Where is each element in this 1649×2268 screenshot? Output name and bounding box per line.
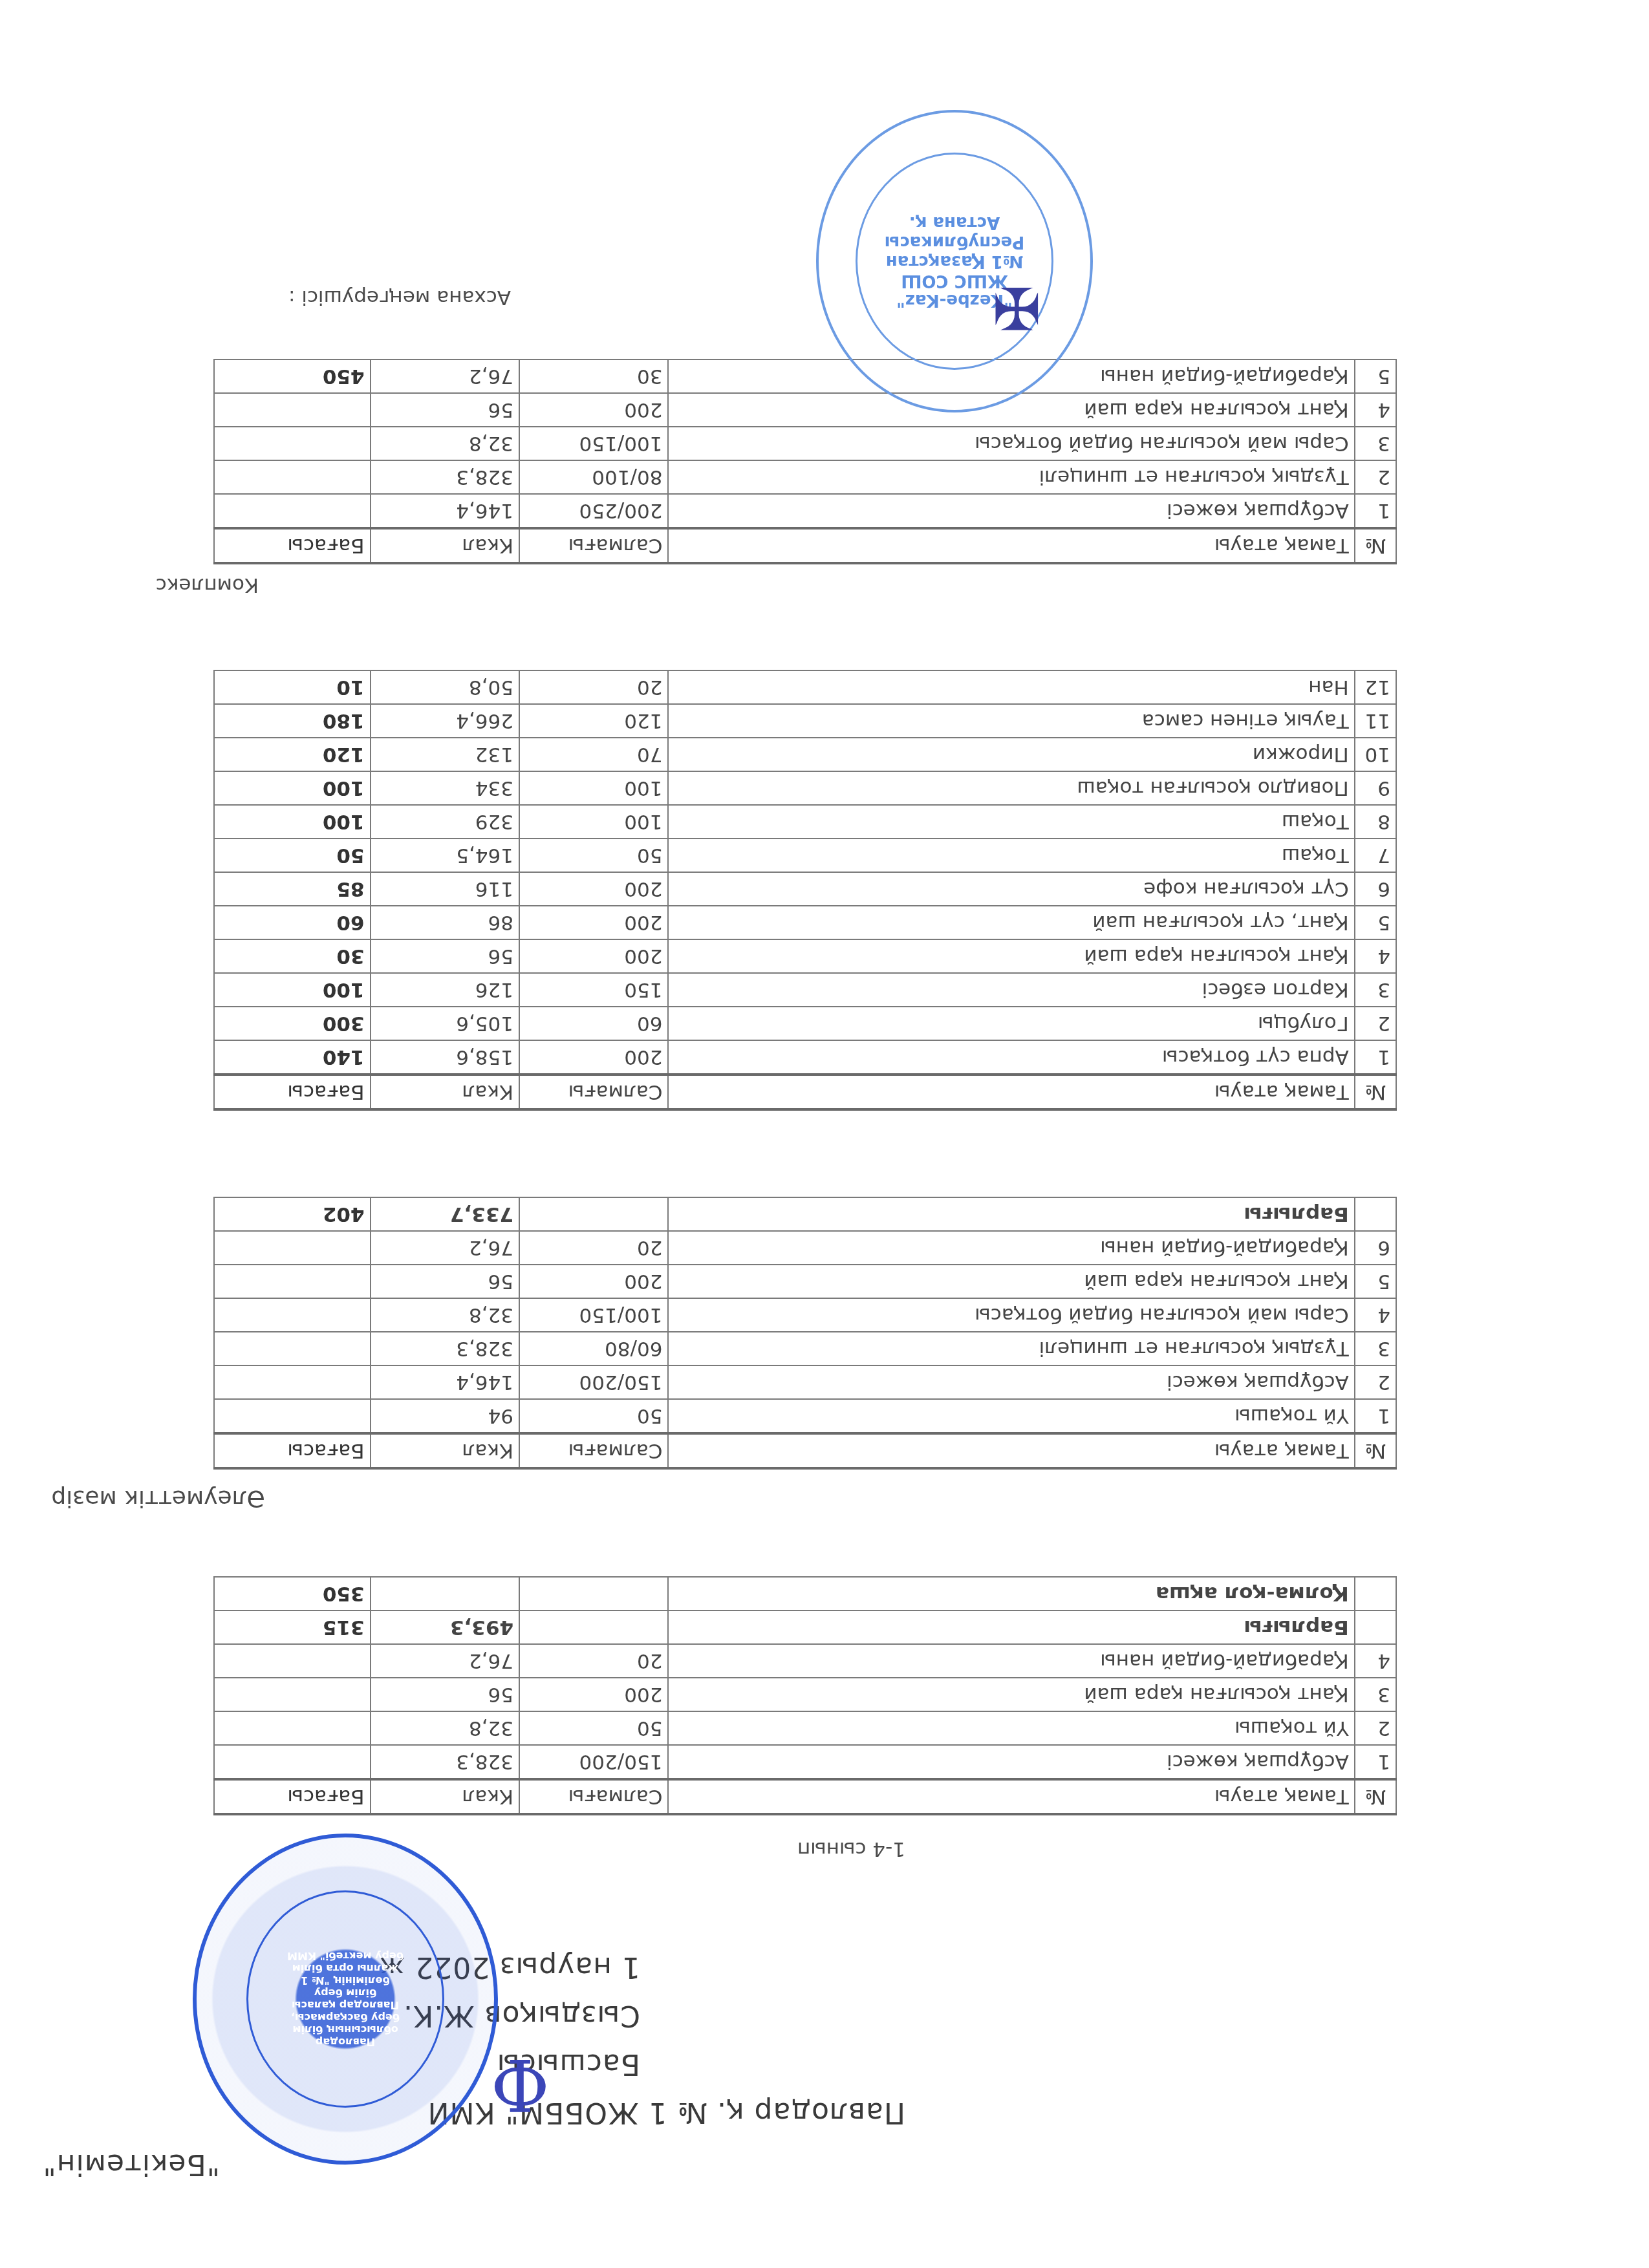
table-row: 3Картоп езбесі150126100 (214, 973, 1396, 1007)
cell-name: Сары май қосылған бидай ботқасы (668, 427, 1354, 460)
cell-kcal: 56 (371, 939, 519, 973)
school-stamp-text: Павлодар облысының білім беру басқармасы… (287, 1950, 404, 2048)
manager-signature: ✠ (993, 273, 1041, 341)
table-row: 2Голубцы60105,6300 (214, 1007, 1396, 1040)
cell-weight: 20 (519, 670, 668, 704)
table-row: 2Үй тоқашы5032,8 (214, 1711, 1396, 1745)
menu-table-complex: № Тамақ атауы Салмағы Ккал Бағасы 1Асбұр… (213, 359, 1397, 564)
table-row: 1Асбұршақ көжесі150/200328,3 (214, 1745, 1396, 1779)
cell-kcal: 164,5 (371, 839, 519, 872)
total-price: 402 (214, 1197, 371, 1231)
cell-no: 7 (1355, 839, 1396, 872)
cell-kcal: 76,2 (371, 1644, 519, 1678)
cell-price (214, 1332, 371, 1365)
cell-weight: 200 (519, 872, 668, 906)
table-row: 3Қант қосылған қара шай20056 (214, 1678, 1396, 1711)
cell-name: Голубцы (668, 1007, 1354, 1040)
col-weight: Салмағы (519, 1075, 668, 1109)
cell-kcal: 132 (371, 738, 519, 771)
section-title-social-menu: Әлеуметтік мәзір (51, 1485, 265, 1512)
cell-price (214, 494, 371, 528)
col-weight: Салмағы (519, 1433, 668, 1468)
table-row: 1Асбұршақ көжесі200/250146,4 (214, 494, 1396, 528)
cell-no: 1 (1355, 494, 1396, 528)
cell-kcal: 56 (371, 1265, 519, 1298)
cell-name: Қант қосылған қара шай (668, 1678, 1354, 1711)
table-row: 4Сары май қосылған бидай ботқасы100/1503… (214, 1298, 1396, 1332)
col-kcal: Ккал (371, 1779, 519, 1814)
cell-weight: 50 (519, 839, 668, 872)
cell-name: Арпа сүт ботқасы (668, 1040, 1354, 1075)
cell-kcal: 116 (371, 872, 519, 906)
cell-weight: 50 (519, 1399, 668, 1433)
cell-no: 2 (1355, 1365, 1396, 1399)
cell-weight: 200 (519, 1040, 668, 1075)
cell-name: Үй тоқашы (668, 1399, 1354, 1433)
cell-no: 1 (1355, 1745, 1396, 1779)
cell-no: 12 (1355, 670, 1396, 704)
cell-no: 3 (1355, 973, 1396, 1007)
col-price: Бағасы (214, 1779, 371, 1814)
director-signature: Ф (491, 2043, 550, 2126)
cell-weight: 150/200 (519, 1745, 668, 1779)
section-title-grades-1-4: 1-4 сынып (797, 1837, 905, 1861)
school-stamp: Павлодар облысының білім беру басқармасы… (193, 1834, 498, 2165)
cell-price: 450 (214, 359, 371, 393)
table-row: 6Сүт қосылған кофе20011685 (214, 872, 1396, 906)
cell-name: Асбұршақ көжесі (668, 1745, 1354, 1779)
cell-weight: 80/100 (519, 460, 668, 494)
cell-weight: 20 (519, 1644, 668, 1678)
total-row: Барлығы 733,7 402 (214, 1197, 1396, 1231)
cell-name: Сүт қосылған кофе (668, 872, 1354, 906)
cell-kcal: 56 (371, 393, 519, 427)
cell-price (214, 1298, 371, 1332)
cell-price: 120 (214, 738, 371, 771)
cell-price: 100 (214, 771, 371, 805)
cell-kcal: 76,2 (371, 1231, 519, 1265)
table-row: 2Тұздық қосылған ет шницелі80/100328,3 (214, 460, 1396, 494)
table-row: 1Үй тоқашы5094 (214, 1399, 1396, 1433)
cell-price (214, 1365, 371, 1399)
menu-table-buffet: № Тамақ атауы Салмағы Ккал Бағасы 1Арпа … (213, 670, 1397, 1111)
cell-no: 1 (1355, 1040, 1396, 1075)
cell-price (214, 1711, 371, 1745)
table-row: 4Қант қосылған қара шай2005630 (214, 939, 1396, 973)
cell-name: Повидло қосылған тоқаш (668, 771, 1354, 805)
cell-weight: 60 (519, 1007, 668, 1040)
table-row: 3Тұздық қосылған ет шницелі60/80328,3 (214, 1332, 1396, 1365)
cell-name: Сары май қосылған бидай ботқасы (668, 1298, 1354, 1332)
cell-no: 3 (1355, 1678, 1396, 1711)
cell-weight: 100/150 (519, 427, 668, 460)
total-label: Барлығы (668, 1197, 1354, 1231)
cell-price: 10 (214, 670, 371, 704)
cell-price (214, 460, 371, 494)
cell-weight: 100 (519, 805, 668, 839)
total-label: Барлығы (668, 1610, 1354, 1644)
cell-no: 8 (1355, 805, 1396, 839)
cell-price: 50 (214, 839, 371, 872)
cell-price (214, 1399, 371, 1433)
cell-price: 100 (214, 805, 371, 839)
col-kcal: Ккал (371, 1075, 519, 1109)
section-title-complex: Комплекс (156, 573, 259, 597)
approve-label: "Бекітемін" (43, 2148, 220, 2181)
cell-kcal: 328,3 (371, 1332, 519, 1365)
cell-weight: 50 (519, 1711, 668, 1745)
cell-price (214, 1644, 371, 1678)
cell-weight: 200/250 (519, 494, 668, 528)
cell-name: Үй тоқашы (668, 1711, 1354, 1745)
cell-no: 4 (1355, 939, 1396, 973)
cell-kcal: 86 (371, 906, 519, 939)
cell-no: 2 (1355, 460, 1396, 494)
cell-price: 300 (214, 1007, 371, 1040)
col-no: № (1355, 1075, 1396, 1109)
col-weight: Салмағы (519, 528, 668, 563)
cell-kcal: 32,8 (371, 427, 519, 460)
cell-weight: 100 (519, 771, 668, 805)
table-row: 4Қарабидай-бидай наны2076,2 (214, 1644, 1396, 1678)
total-kcal: 733,7 (371, 1197, 519, 1231)
cell-weight: 30 (519, 359, 668, 393)
table-header-row: № Тамақ атауы Салмағы Ккал Бағасы (214, 1075, 1396, 1109)
cell-no: 4 (1355, 393, 1396, 427)
cell-kcal: 158,6 (371, 1040, 519, 1075)
table-header-row: № Тамақ атауы Салмағы Ккал Бағасы (214, 528, 1396, 563)
cell-no: 9 (1355, 771, 1396, 805)
cell-no: 5 (1355, 359, 1396, 393)
cell-name: Қант қосылған қара шай (668, 939, 1354, 973)
cell-no: 3 (1355, 427, 1396, 460)
col-price: Бағасы (214, 528, 371, 563)
cell-no: 4 (1355, 1298, 1396, 1332)
table-row: 10Пирожки70132120 (214, 738, 1396, 771)
cell-weight: 200 (519, 393, 668, 427)
table-header-row: № Тамақ атауы Салмағы Ккал Бағасы (214, 1779, 1396, 1814)
cell-price: 140 (214, 1040, 371, 1075)
cell-weight: 60/80 (519, 1332, 668, 1365)
cell-kcal: 56 (371, 1678, 519, 1711)
table-row: 4Қант қосылған қара шай20056 (214, 393, 1396, 427)
cell-weight: 200 (519, 939, 668, 973)
cell-no: 6 (1355, 1231, 1396, 1265)
cell-price (214, 427, 371, 460)
cell-name: Тұздық қосылған ет шницелі (668, 1332, 1354, 1365)
cell-price: 180 (214, 704, 371, 738)
cell-no: 11 (1355, 704, 1396, 738)
menu-table-social: № Тамақ атауы Салмағы Ккал Бағасы 1Үй то… (213, 1197, 1397, 1470)
cell-weight: 70 (519, 738, 668, 771)
cell-name: Тоқаш (668, 805, 1354, 839)
cell-kcal: 32,8 (371, 1711, 519, 1745)
cell-kcal: 146,4 (371, 494, 519, 528)
cell-price (214, 1231, 371, 1265)
company-stamp: "Kezbe-Kaz" ЖШС СОШ №1 Қазақстан Республ… (816, 110, 1093, 412)
cell-kcal: 266,4 (371, 704, 519, 738)
cell-no: 6 (1355, 872, 1396, 906)
cell-kcal: 94 (371, 1399, 519, 1433)
col-name: Тамақ атауы (668, 1075, 1354, 1109)
menu-table-grades-1-4: № Тамақ атауы Салмағы Ккал Бағасы 1Асбұр… (213, 1576, 1397, 1815)
cell-name: Асбұршақ көжесі (668, 494, 1354, 528)
col-kcal: Ккал (371, 528, 519, 563)
cell-name: Қарабидай-бидай наны (668, 1231, 1354, 1265)
table-row: 5Қарабидай-бидай наны3076,2450 (214, 359, 1396, 393)
table-row: 6Қарабидай-бидай наны2076,2 (214, 1231, 1396, 1265)
cell-weight: 150 (519, 973, 668, 1007)
cell-name: Қарабидай-бидай наны (668, 1644, 1354, 1678)
table-row: 3Сары май қосылған бидай ботқасы100/1503… (214, 427, 1396, 460)
cell-kcal: 32,8 (371, 1298, 519, 1332)
cell-name: Қант қосылған қара шай (668, 1265, 1354, 1298)
cell-kcal: 126 (371, 973, 519, 1007)
cell-price (214, 1265, 371, 1298)
col-name: Тамақ атауы (668, 1779, 1354, 1814)
cell-price (214, 1678, 371, 1711)
cash-price: 350 (214, 1577, 371, 1610)
table-row: 11Тауық етінен самса120266,4180 (214, 704, 1396, 738)
cell-price (214, 1745, 371, 1779)
table-row: 2Асбұршақ көжесі150/200146,4 (214, 1365, 1396, 1399)
table-row: 5Қант, сүт қосылған шай2008660 (214, 906, 1396, 939)
cell-weight: 20 (519, 1231, 668, 1265)
cell-kcal: 329 (371, 805, 519, 839)
cell-no: 5 (1355, 1265, 1396, 1298)
table-row: 9Повидло қосылған тоқаш100334100 (214, 771, 1396, 805)
cell-no: 4 (1355, 1644, 1396, 1678)
col-price: Бағасы (214, 1433, 371, 1468)
cell-name: Қант, сүт қосылған шай (668, 906, 1354, 939)
table-header-row: № Тамақ атауы Салмағы Ккал Бағасы (214, 1433, 1396, 1468)
col-no: № (1355, 528, 1396, 563)
col-no: № (1355, 1433, 1396, 1468)
cell-kcal: 146,4 (371, 1365, 519, 1399)
col-weight: Салмағы (519, 1779, 668, 1814)
col-no: № (1355, 1779, 1396, 1814)
table-row: 8Тоқаш100329100 (214, 805, 1396, 839)
total-price: 315 (214, 1610, 371, 1644)
cell-kcal: 328,3 (371, 460, 519, 494)
total-kcal: 493,3 (371, 1610, 519, 1644)
cell-weight: 150/200 (519, 1365, 668, 1399)
cell-price: 85 (214, 872, 371, 906)
cell-weight: 200 (519, 906, 668, 939)
cell-kcal: 50,8 (371, 670, 519, 704)
cell-weight: 200 (519, 1265, 668, 1298)
col-name: Тамақ атауы (668, 1433, 1354, 1468)
cell-weight: 200 (519, 1678, 668, 1711)
cell-no: 1 (1355, 1399, 1396, 1433)
cell-price: 30 (214, 939, 371, 973)
cell-no: 10 (1355, 738, 1396, 771)
cash-row: Қолма-қол ақша 350 (214, 1577, 1396, 1610)
cell-kcal: 328,3 (371, 1745, 519, 1779)
cell-price: 100 (214, 973, 371, 1007)
cell-name: Пирожки (668, 738, 1354, 771)
cell-no: 2 (1355, 1007, 1396, 1040)
col-kcal: Ккал (371, 1433, 519, 1468)
cell-kcal: 105,6 (371, 1007, 519, 1040)
cell-price: 60 (214, 906, 371, 939)
cell-kcal: 334 (371, 771, 519, 805)
cell-name: Нан (668, 670, 1354, 704)
cell-name: Тұздық қосылған ет шницелі (668, 460, 1354, 494)
table-row: 1Арпа сүт ботқасы200158,6140 (214, 1040, 1396, 1075)
table-row: 5Қант қосылған қара шай20056 (214, 1265, 1396, 1298)
cash-label: Қолма-қол ақша (668, 1577, 1354, 1610)
cell-weight: 120 (519, 704, 668, 738)
table-row: 12Нан2050,810 (214, 670, 1396, 704)
cell-kcal: 76,2 (371, 359, 519, 393)
cell-name: Асбұршақ көжесі (668, 1365, 1354, 1399)
cell-price (214, 393, 371, 427)
document-page: "Бекітемін" Павлодар қ. № 1 ЖОББМ" КМИ Б… (0, 0, 1649, 2268)
canteen-manager-label: Асхана меңгерушісі : (288, 286, 511, 309)
total-row: Барлығы 493,3 315 (214, 1610, 1396, 1644)
cell-name: Картоп езбесі (668, 973, 1354, 1007)
cell-no: 5 (1355, 906, 1396, 939)
table-row: 7Тоқаш50164,550 (214, 839, 1396, 872)
cell-name: Тоқаш (668, 839, 1354, 872)
col-name: Тамақ атауы (668, 528, 1354, 563)
col-price: Бағасы (214, 1075, 371, 1109)
cell-name: Тауық етінен самса (668, 704, 1354, 738)
cell-weight: 100/150 (519, 1298, 668, 1332)
cell-no: 3 (1355, 1332, 1396, 1365)
cell-no: 2 (1355, 1711, 1396, 1745)
